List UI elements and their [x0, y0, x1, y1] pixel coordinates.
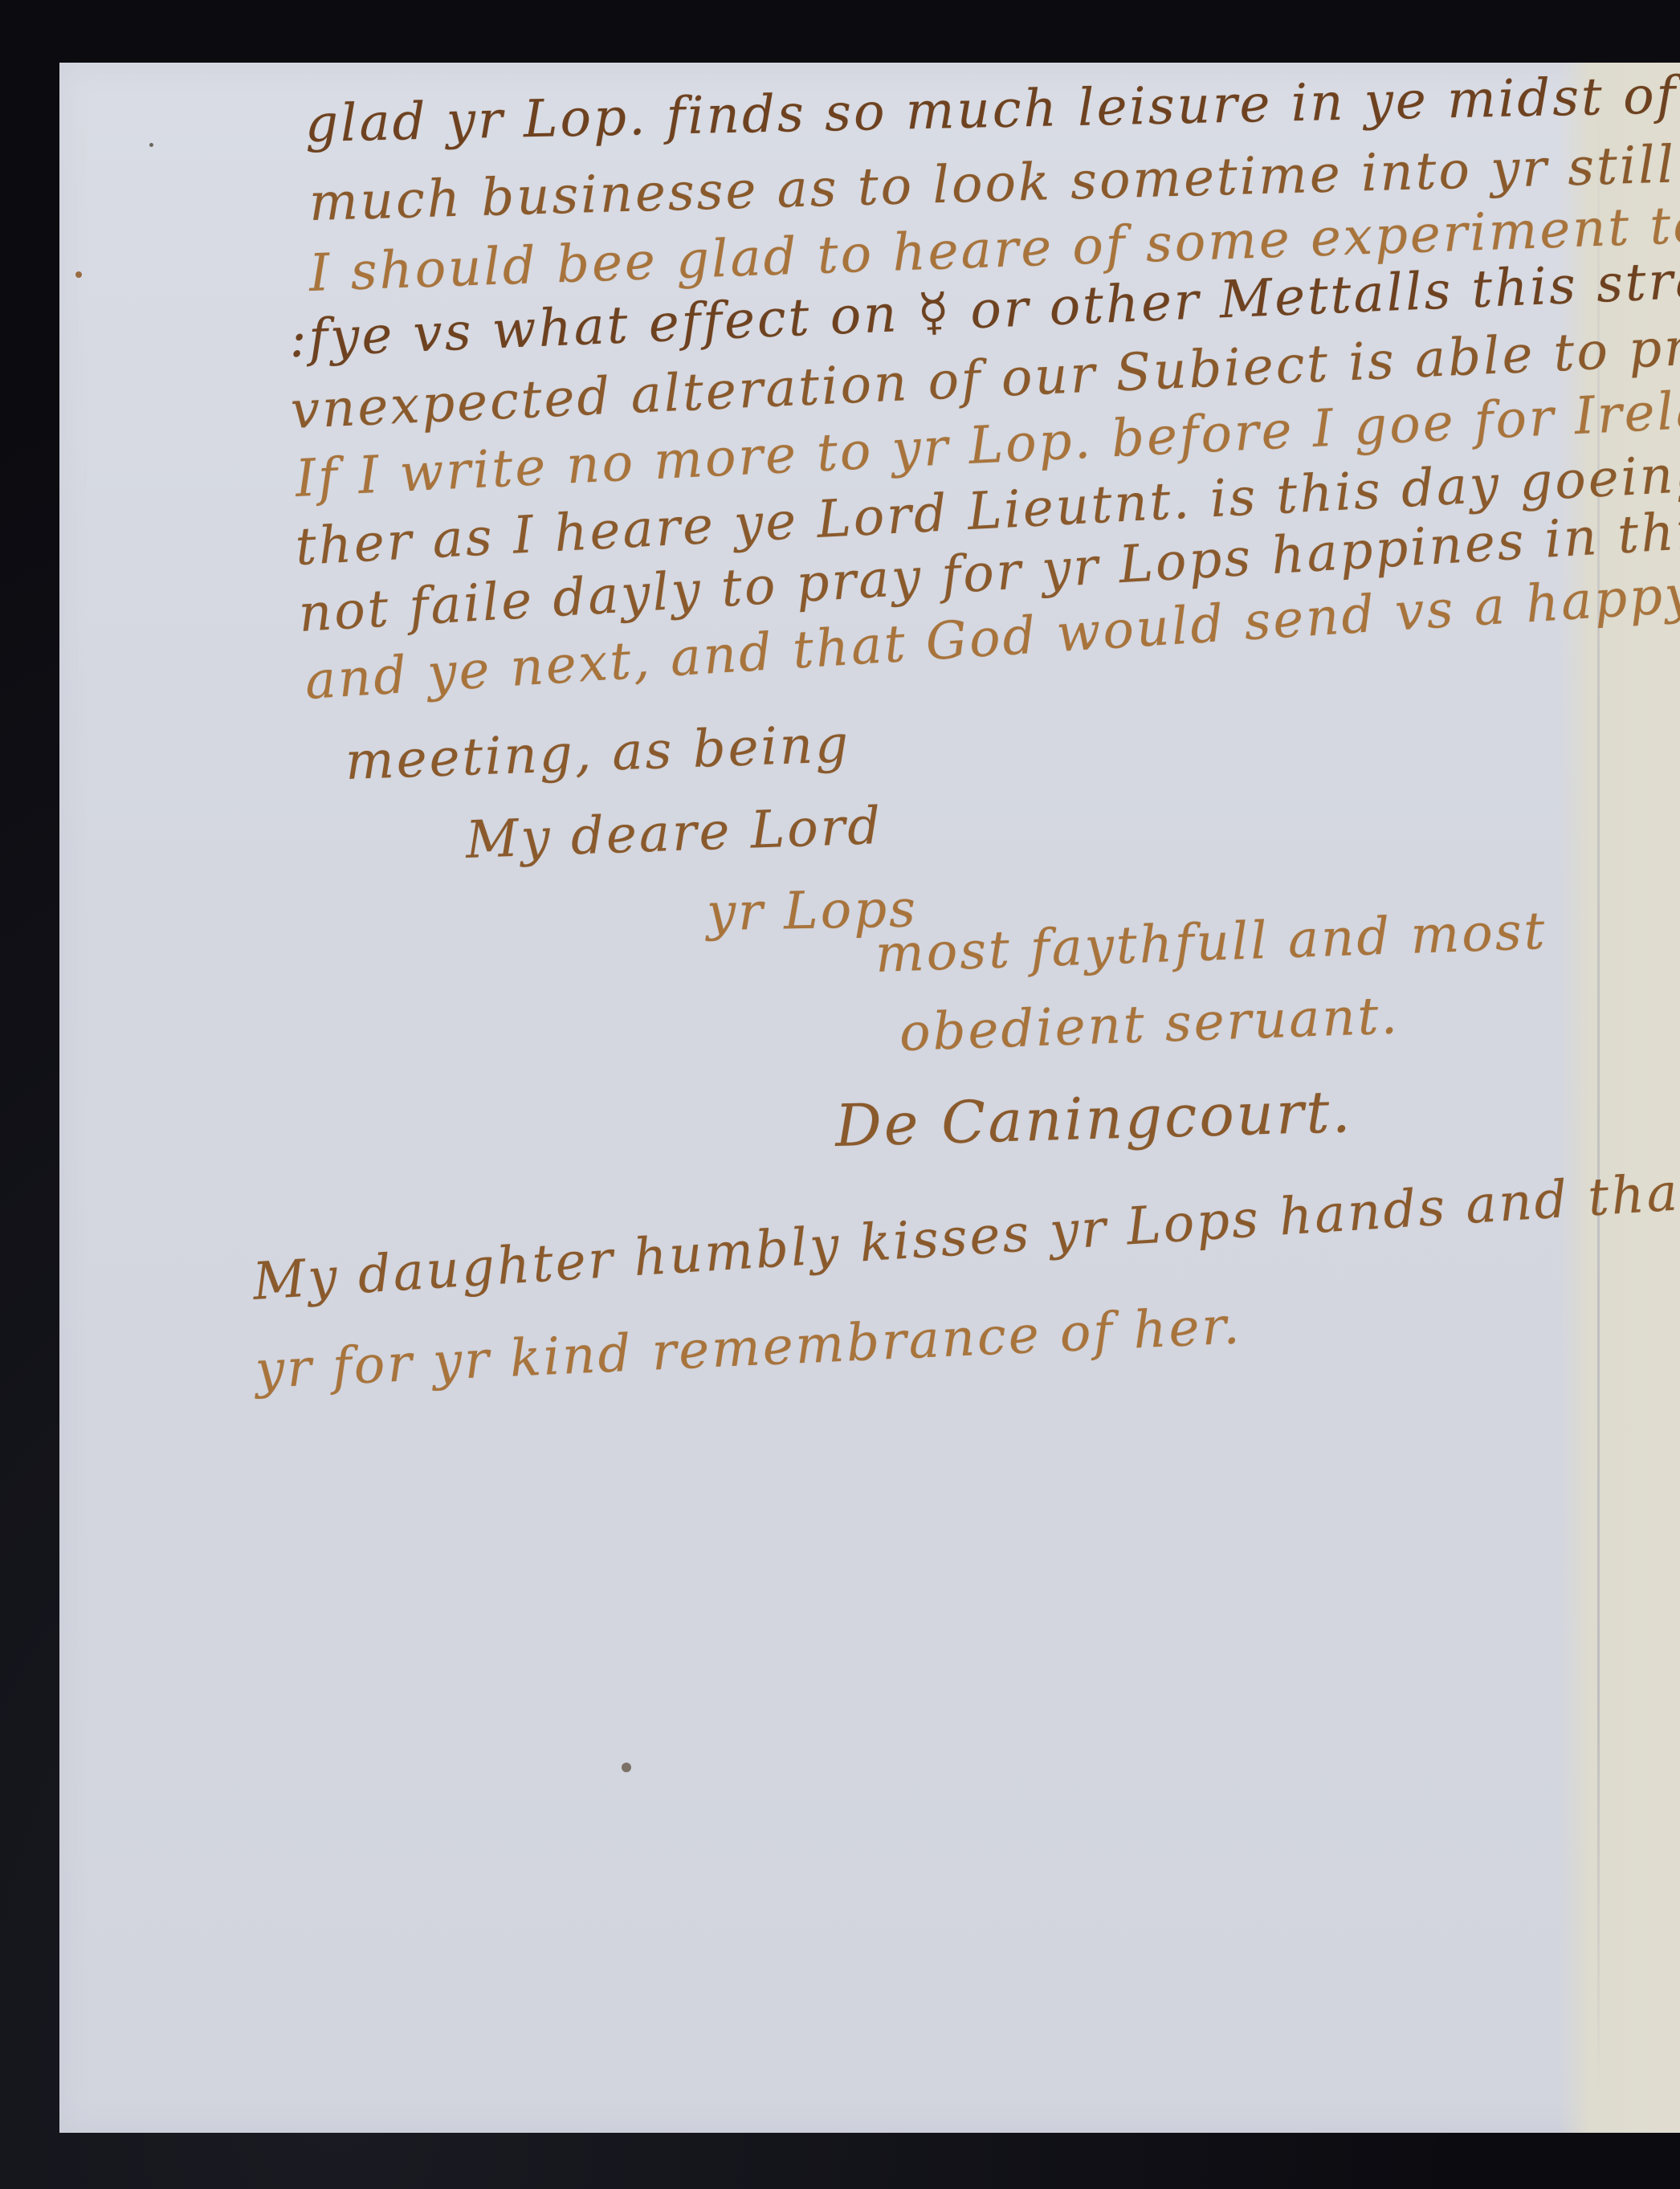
ink-spot [149, 143, 153, 147]
ink-spot [75, 271, 82, 278]
paper-spot [622, 1763, 631, 1772]
signature: De Caningcourt. [834, 1078, 1353, 1160]
